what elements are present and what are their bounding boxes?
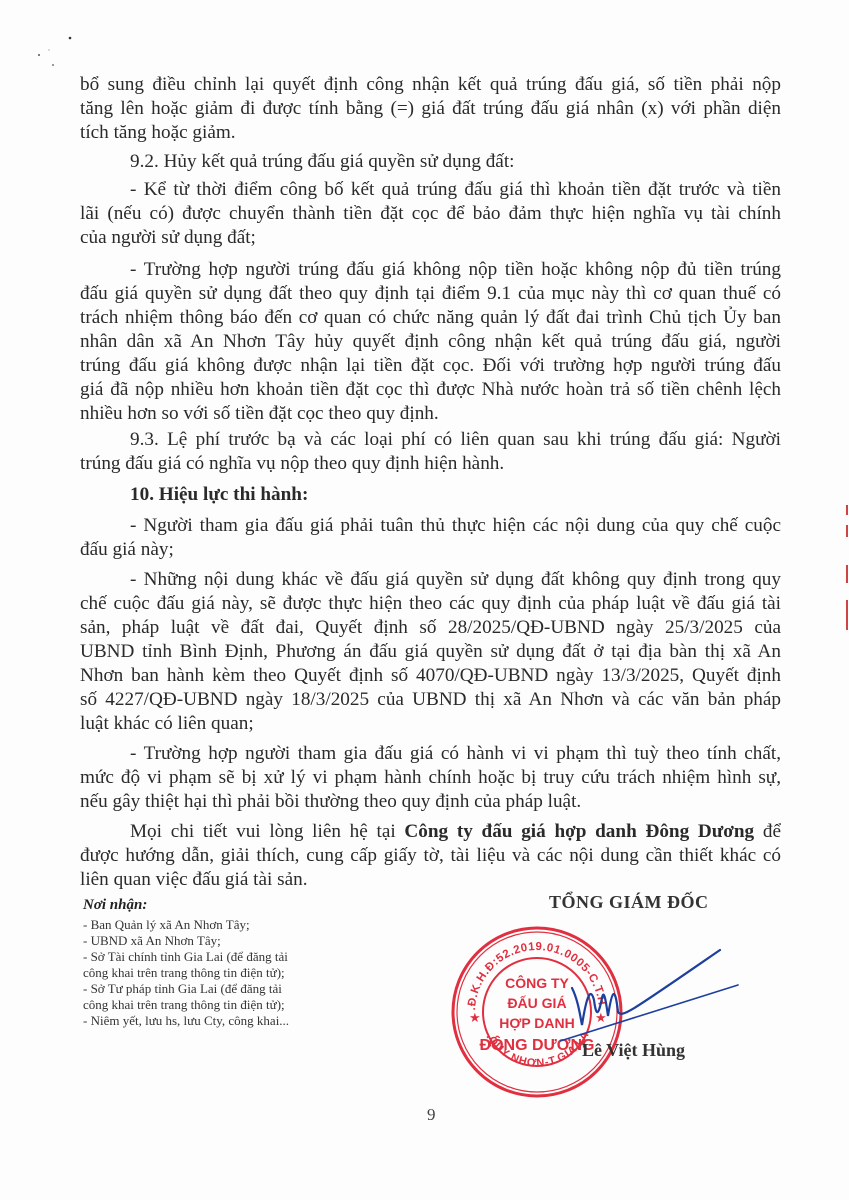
- paragraph-line: trúng đấu giá có nghĩa vụ nộp theo quy đ…: [80, 452, 781, 476]
- paragraph-line: đấu giá quyền sử dụng đất theo quy định …: [80, 282, 781, 306]
- section-heading-9-2: 9.2. Hủy kết quả trúng đấu giá quyền sử …: [130, 150, 781, 174]
- paragraph-line: trúng đấu giá không được nhận lại tiền đ…: [80, 354, 781, 378]
- company-name: Công ty đấu giá hợp danh Đông Dương: [404, 821, 754, 842]
- paragraph-line: lãi (nếu có) được chuyển thành tiền đặt …: [80, 202, 781, 226]
- adjacent-seal-fragment: [843, 505, 849, 645]
- recipient-item: - Sở Tài chính tỉnh Gia Lai (để đăng tải: [83, 949, 288, 965]
- paragraph-line: của người sử dụng đất;: [80, 226, 781, 250]
- recipient-item: công khai trên trang thông tin điện tử);: [83, 965, 285, 981]
- paragraph-line: tăng lên hoặc giảm đi được tính bằng (=)…: [80, 97, 781, 121]
- contact-suffix: để: [754, 821, 781, 842]
- paragraph-line: liên quan việc đấu giá tài sản.: [80, 868, 781, 892]
- paragraph-line: đấu giá này;: [80, 538, 781, 562]
- paragraph-line: - Những nội dung khác về đấu giá quyền s…: [130, 568, 781, 592]
- document-page: bổ sung điều chỉnh lại quyết định công n…: [0, 0, 849, 1200]
- paragraph-line: tích tăng hoặc giảm.: [80, 121, 781, 145]
- paragraph-line: - Kể từ thời điểm công bố kết quả trúng …: [130, 178, 781, 202]
- paragraph-line: giá đã nộp nhiều hơn khoản tiền đặt cọc …: [80, 378, 781, 402]
- svg-text:ĐẤU GIÁ: ĐẤU GIÁ: [507, 995, 566, 1011]
- recipient-item: - Niêm yết, lưu hs, lưu Cty, công khai..…: [83, 1013, 289, 1029]
- paragraph-line: sản, pháp luật về đất đai, Quyết định số…: [80, 616, 781, 640]
- signer-title: TỔNG GIÁM ĐỐC: [549, 892, 709, 913]
- paragraph-line: nhiều hơn so với số tiền đặt cọc theo qu…: [80, 402, 781, 426]
- recipients-title: Nơi nhận:: [83, 897, 147, 914]
- paragraph-line: chế cuộc đấu giá này, sẽ được thực hiện …: [80, 592, 781, 616]
- svg-text:★: ★: [469, 1010, 481, 1025]
- paragraph-line: 9.3. Lệ phí trước bạ và các loại phí có …: [130, 428, 781, 452]
- paragraph-line: nếu gây thiệt hại thì phải bồi thường th…: [80, 790, 781, 814]
- paragraph-line: bổ sung điều chỉnh lại quyết định công n…: [80, 73, 781, 97]
- paragraph-line: số 4227/QĐ-UBND ngày 18/3/2025 của UBND …: [80, 688, 781, 712]
- paragraph-line: - Trường hợp người trúng đấu giá không n…: [130, 258, 781, 282]
- paragraph-line: luật khác có liên quan;: [80, 712, 781, 736]
- paragraph-line: - Người tham gia đấu giá phải tuân thủ t…: [130, 514, 781, 538]
- signer-name: Lê Việt Hùng: [582, 1040, 685, 1061]
- contact-prefix: Mọi chi tiết vui lòng liên hệ tại: [130, 821, 404, 842]
- paragraph-line: được hướng dẫn, giải thích, cung cấp giấ…: [80, 844, 781, 868]
- paragraph-line: UBND tỉnh Bình Định, Phương án đấu giá q…: [80, 640, 781, 664]
- recipient-item: - Sở Tư pháp tỉnh Gia Lai (để đăng tải: [83, 981, 282, 997]
- contact-line: Mọi chi tiết vui lòng liên hệ tại Công t…: [130, 820, 781, 844]
- recipient-item: - Ban Quản lý xã An Nhơn Tây;: [83, 917, 250, 933]
- section-heading-10: 10. Hiệu lực thi hành:: [130, 483, 781, 507]
- paragraph-line: - Trường hợp người tham gia đấu giá có h…: [130, 742, 781, 766]
- paragraph-line: trách nhiệm thông báo đến cơ quan có chứ…: [80, 306, 781, 330]
- page-number: 9: [427, 1105, 436, 1125]
- recipient-item: - UBND xã An Nhơn Tây;: [83, 933, 221, 949]
- scan-specks: [20, 25, 80, 75]
- paragraph-line: mức độ vi phạm sẽ bị xử lý vi phạm hành …: [80, 766, 781, 790]
- paragraph-line: nhân dân xã An Nhơn Tây hủy quyết định c…: [80, 330, 781, 354]
- paragraph-line: Nhơn ban hành kèm theo Quyết định số 407…: [80, 664, 781, 688]
- recipient-item: công khai trên trang thông tin điện tử);: [83, 997, 285, 1013]
